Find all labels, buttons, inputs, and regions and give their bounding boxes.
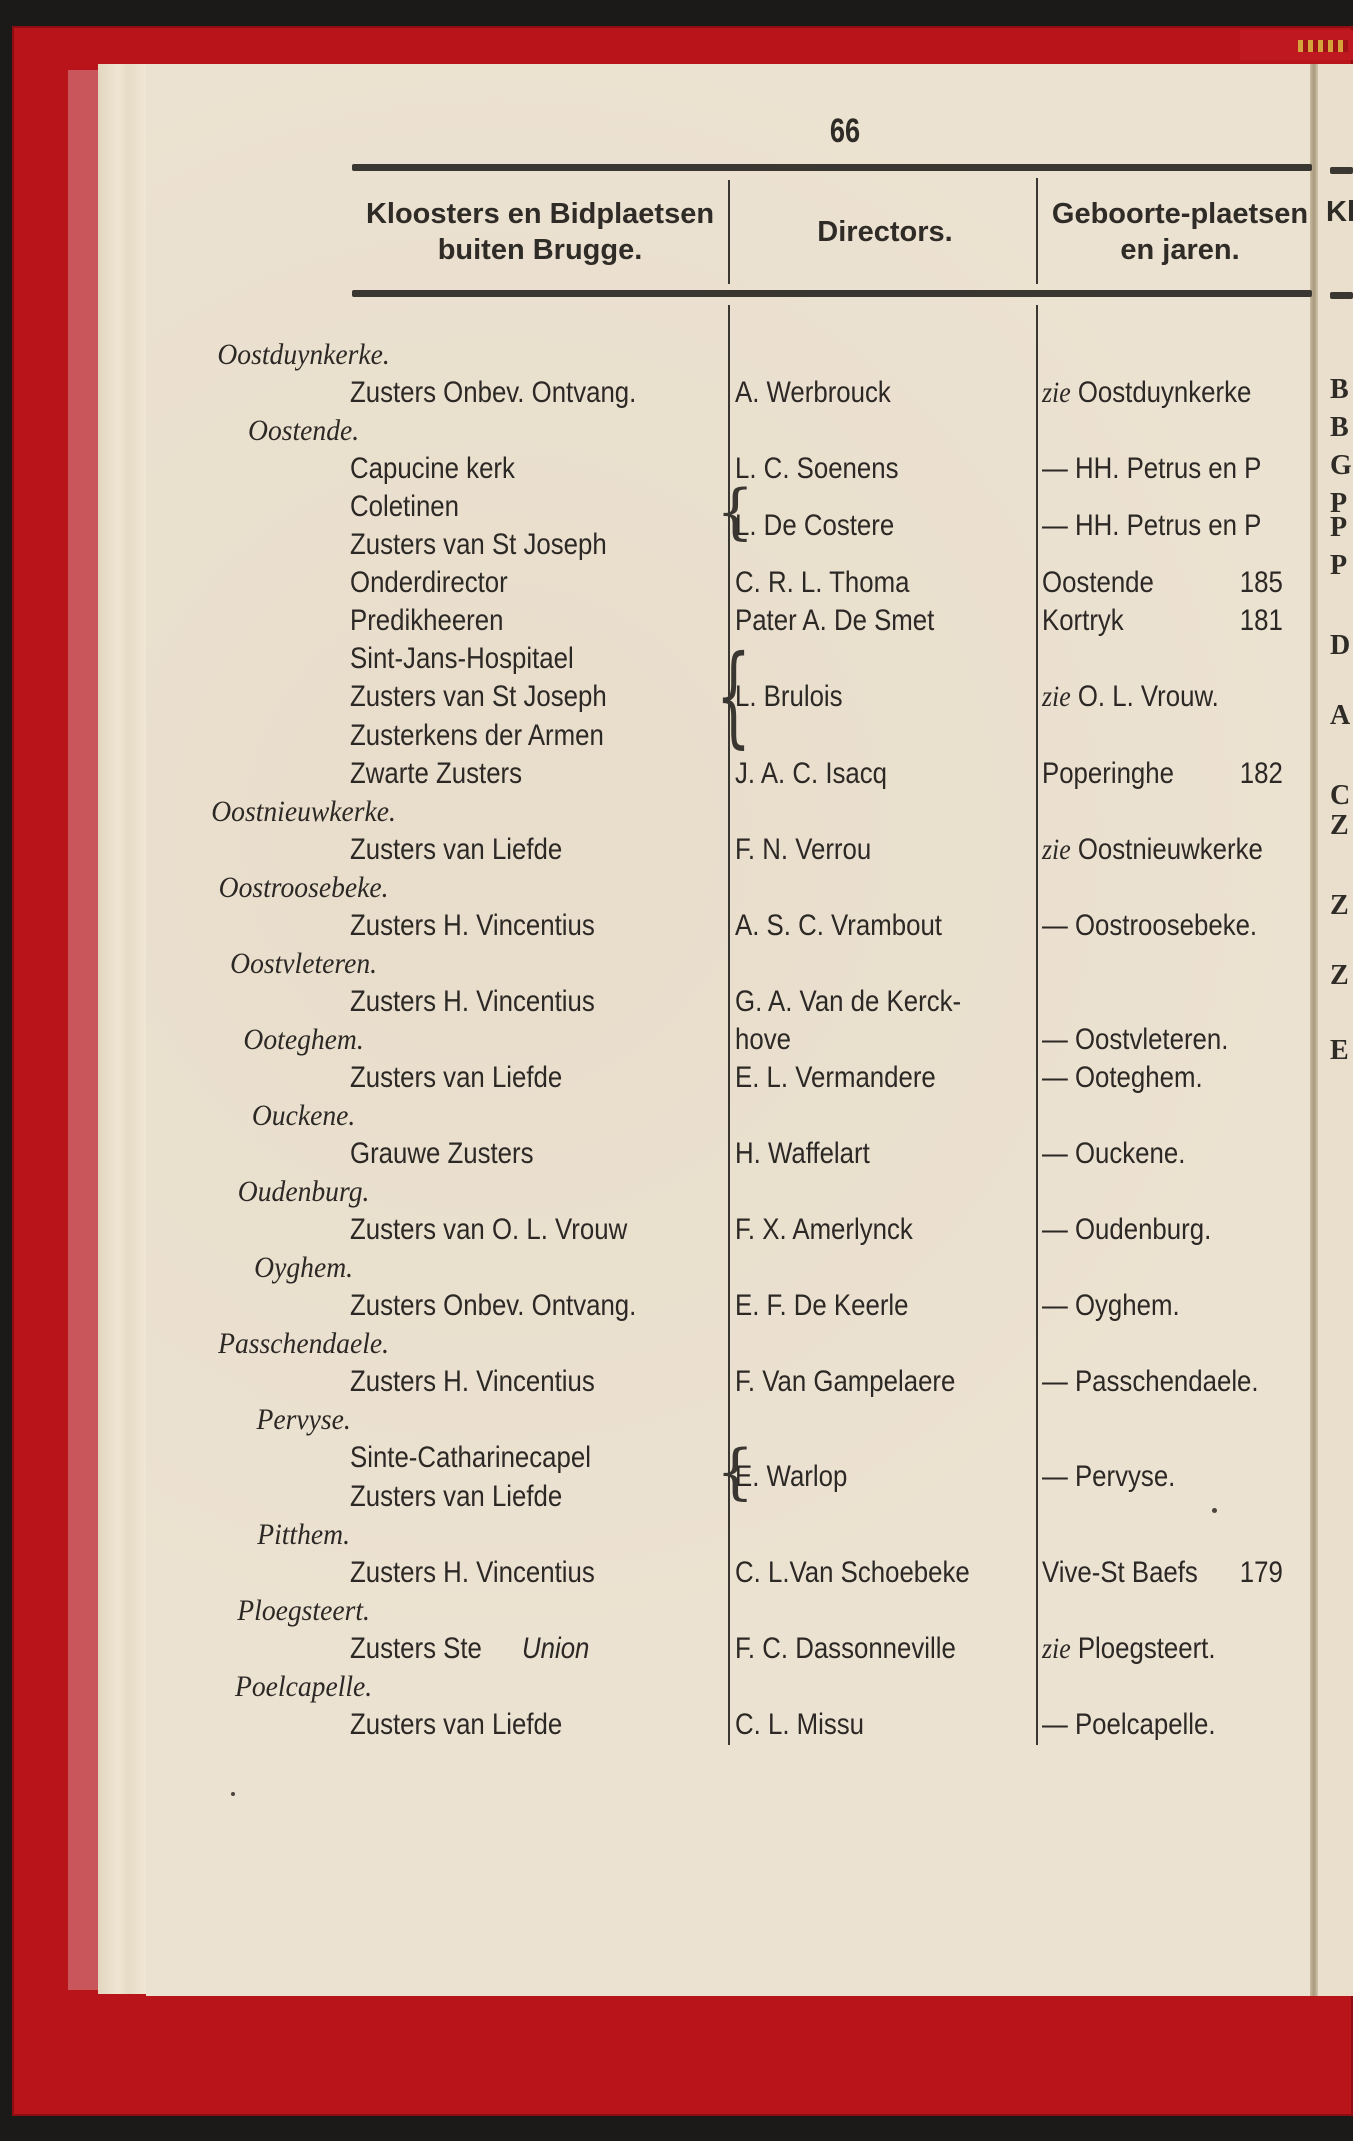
birth-year: 185	[1240, 564, 1283, 602]
table-row: Zusters van LiefdeC. L. Missu— Poelcapel…	[0, 1706, 1353, 1744]
place-heading-row: Passchendaele.	[0, 1325, 1353, 1363]
director-name: A. S. C. Vrambout	[735, 907, 942, 945]
headband	[1240, 30, 1353, 60]
institution-name: Zusters Ste	[350, 1630, 482, 1668]
header-line: en jaren.	[1040, 232, 1320, 268]
director-name: G. A. Van de Kerck-	[735, 983, 961, 1021]
table-row: Zusters Onbev. Ontvang.E. F. De Keerle— …	[0, 1287, 1353, 1325]
birthplace-cell: — Oyghem.	[1040, 1287, 1310, 1325]
birthplace: Poperinghe182	[1042, 755, 1174, 793]
birthplace: zie Ploegsteert.	[1042, 1630, 1216, 1668]
birthplace: — Oostvleteren.	[1042, 1021, 1228, 1059]
director-name: H. Waffelart	[735, 1135, 870, 1173]
birthplace-text: O. L. Vrouw.	[1078, 680, 1219, 713]
birthplace-text: Oostnieuwkerke	[1078, 833, 1263, 866]
institution-name: Zusters H. Vincentius	[350, 907, 595, 945]
table-row: Sint-Jans-Hospitael	[0, 640, 1353, 678]
place-name: Pitthem.	[0, 1516, 607, 1554]
director-name: C. L. Missu	[735, 1706, 864, 1744]
next-page-header-fragment: Kl	[1326, 196, 1353, 229]
birthplace-cell: — Passchendaele.	[1040, 1363, 1310, 1401]
birthplace: — Poelcapelle.	[1042, 1706, 1216, 1744]
birthplace: — Passchendaele.	[1042, 1363, 1259, 1401]
institution-name-italic: Union	[522, 1630, 589, 1668]
institution-name: Zwarte Zusters	[350, 755, 522, 793]
birth-year: 181	[1240, 602, 1283, 640]
birthplace-cell: zie Oostnieuwkerke	[1040, 831, 1310, 869]
institution-name: Zusters van Liefde	[350, 831, 562, 869]
table-row: Zusters van LiefdeE. L. Vermandere— Oote…	[0, 1059, 1353, 1097]
place-heading-row: Oostende.	[0, 412, 1353, 450]
birthplace-cell: — Poelcapelle.	[1040, 1706, 1310, 1744]
institution-name: Grauwe Zusters	[350, 1135, 534, 1173]
bracketed-director-row: L. Bruloiszie O. L. Vrouw.	[0, 678, 1353, 716]
institution-name: Zusters H. Vincentius	[350, 1363, 595, 1401]
birthplace-text: — Passchendaele.	[1042, 1365, 1259, 1398]
place-name: Oyghem.	[0, 1249, 607, 1287]
director-name: F. X. Amerlynck	[735, 1211, 913, 1249]
birthplace-text: — Oostroosebeke.	[1042, 909, 1257, 942]
birth-year: 182	[1240, 755, 1283, 793]
director-name: L. C. Soenens	[735, 450, 899, 488]
birthplace-text: Ploegsteert.	[1078, 1632, 1216, 1665]
see-prefix: zie	[1042, 833, 1071, 866]
birthplace-cell: zie Ploegsteert.	[1040, 1630, 1310, 1668]
table-row: Zusterkens der Armen	[0, 717, 1353, 755]
header-line: Kloosters en Bidplaetsen	[350, 196, 730, 232]
birthplace-cell: zie O. L. Vrouw.	[1040, 678, 1310, 716]
institution-name: Zusters Onbev. Ontvang.	[350, 1287, 636, 1325]
birthplace-cell: Poperinghe182	[1040, 755, 1310, 793]
birth-year: 179	[1240, 1554, 1283, 1592]
header-line: Geboorte-plaetsen	[1040, 196, 1320, 232]
birthplace-cell: Vive-St Baefs179	[1040, 1554, 1310, 1592]
place-heading-row: Oostnieuwkerke.	[0, 793, 1353, 831]
birthplace: — Oostroosebeke.	[1042, 907, 1257, 945]
headband-knot	[1298, 40, 1348, 52]
birthplace-cell: — Oostroosebeke.	[1040, 907, 1310, 945]
director-name: E. F. De Keerle	[735, 1287, 909, 1325]
table-row: PredikheerenPater A. De SmetKortryk181	[0, 602, 1353, 640]
next-page-letter: P	[1330, 550, 1347, 582]
institution-name: Zusters H. Vincentius	[350, 983, 595, 1021]
birthplace: zie Oostnieuwkerke	[1042, 831, 1263, 869]
place-heading-row: Oyghem.	[0, 1249, 1353, 1287]
see-prefix: zie	[1042, 376, 1071, 409]
director-name: F. N. Verrou	[735, 831, 871, 869]
birthplace: — HH. Petrus en P	[1042, 450, 1261, 488]
table-row: Zusters H. VincentiusC. L.Van SchoebekeV…	[0, 1554, 1353, 1592]
place-name: Passchendaele.	[0, 1325, 607, 1363]
birthplace-text: Poperinghe	[1042, 757, 1174, 790]
director-name: J. A. C. Isacq	[735, 755, 887, 793]
institution-name: Sint-Jans-Hospitael	[350, 640, 574, 678]
ink-speck	[1212, 1508, 1217, 1513]
next-page-letter: B	[1330, 412, 1349, 444]
birthplace-cell: — Oudenburg.	[1040, 1211, 1310, 1249]
birthplace-text: — HH. Petrus en P	[1042, 509, 1261, 542]
place-name: Ouckene.	[0, 1097, 607, 1135]
institution-name: Zusters H. Vincentius	[350, 1554, 595, 1592]
next-page-letter: P	[1330, 512, 1347, 544]
birthplace-cell: — Ooteghem.	[1040, 1059, 1310, 1097]
institution-name: Onderdirector	[350, 564, 508, 602]
institution-name: Zusters van Liefde	[350, 1706, 562, 1744]
birthplace-text: — Pervyse.	[1042, 1460, 1175, 1493]
birthplace: — Oudenburg.	[1042, 1211, 1211, 1249]
birthplace-text: — Ooteghem.	[1042, 1061, 1203, 1094]
place-name: Poelcapelle.	[0, 1668, 607, 1706]
birthplace-text: Vive-St Baefs	[1042, 1556, 1198, 1589]
place-heading-row: Oostvleteren.	[0, 945, 1353, 983]
brace: {	[716, 1442, 754, 1502]
place-name: Oudenburg.	[0, 1173, 607, 1211]
director-name: F. Van Gampelaere	[735, 1363, 955, 1401]
place-heading-row: Oostroosebeke.	[0, 869, 1353, 907]
birthplace-text: — Ouckene.	[1042, 1137, 1185, 1170]
birthplace-cell: Kortryk181	[1040, 602, 1310, 640]
place-heading-row: Oudenburg.	[0, 1173, 1353, 1211]
birthplace-cell: Oostende185	[1040, 564, 1310, 602]
birthplace: — HH. Petrus en P	[1042, 507, 1261, 545]
brace: {	[716, 640, 751, 750]
birthplace-cell: — Oostvleteren.	[1040, 1021, 1310, 1059]
bracketed-director-row: L. De Costere— HH. Petrus en P	[0, 507, 1353, 545]
table-row: Zusters van O. L. VrouwF. X. Amerlynck— …	[0, 1211, 1353, 1249]
birthplace: Vive-St Baefs179	[1042, 1554, 1198, 1592]
birthplace: — Pervyse.	[1042, 1458, 1175, 1496]
birthplace: — Ouckene.	[1042, 1135, 1185, 1173]
table-row: Zusters H. VincentiusF. Van Gampelaere— …	[0, 1363, 1353, 1401]
page-number: 66	[809, 112, 881, 151]
birthplace-cell: — HH. Petrus en P	[1040, 450, 1310, 488]
next-page-letter: A	[1330, 700, 1350, 732]
birthplace-text: — Oudenburg.	[1042, 1213, 1211, 1246]
column-header-kloosters: Kloosters en Bidplaetsen buiten Brugge.	[350, 196, 730, 268]
see-prefix: zie	[1042, 680, 1071, 713]
birthplace-text: — Oostvleteren.	[1042, 1023, 1228, 1056]
birthplace: zie O. L. Vrouw.	[1042, 678, 1219, 716]
see-prefix: zie	[1042, 1632, 1071, 1665]
bracketed-director-row: E. Warlop— Pervyse.	[0, 1458, 1353, 1496]
header-line: Directors.	[732, 214, 1038, 250]
director-name: L. Brulois	[735, 678, 843, 716]
header-line: buiten Brugge.	[350, 232, 730, 268]
birthplace-text: — HH. Petrus en P	[1042, 452, 1261, 485]
table-row: Zusters H. VincentiusG. A. Van de Kerck-	[0, 983, 1353, 1021]
birthplace: Kortryk181	[1042, 602, 1124, 640]
table-row: Zwarte ZustersJ. A. C. IsacqPoperinghe18…	[0, 755, 1353, 793]
director-name: C. L.Van Schoebeke	[735, 1554, 970, 1592]
place-name: Oostvleteren.	[0, 945, 607, 983]
place-name: Pervyse.	[0, 1401, 607, 1439]
place-heading-row: Ooteghem.hove— Oostvleteren.	[0, 1021, 1353, 1059]
birthplace: zie Oostduynkerke	[1042, 374, 1251, 412]
institution-name: Zusters van O. L. Vrouw	[350, 1211, 627, 1249]
birthplace-text: — Oyghem.	[1042, 1289, 1180, 1322]
birthplace: — Ooteghem.	[1042, 1059, 1203, 1097]
next-page-rule	[1330, 167, 1353, 174]
table-row: OnderdirectorC. R. L. ThomaOostende185	[0, 564, 1353, 602]
place-heading-row: Oostduynkerke.	[0, 336, 1353, 374]
director-name: L. De Costere	[735, 507, 894, 545]
place-name: Ploegsteert.	[0, 1592, 607, 1630]
table-row: Zusters Onbev. Ontvang.A. Werbrouckzie O…	[0, 374, 1353, 412]
next-page-letter: Z	[1330, 960, 1349, 992]
director-name: C. R. L. Thoma	[735, 564, 909, 602]
institution-name: Predikheeren	[350, 602, 503, 640]
director-name: A. Werbrouck	[735, 374, 891, 412]
next-page-letter: D	[1330, 630, 1350, 662]
birthplace: Oostende185	[1042, 564, 1154, 602]
place-heading-row: Poelcapelle.	[0, 1668, 1353, 1706]
institution-name: Zusterkens der Armen	[350, 717, 604, 755]
top-rule	[352, 164, 1312, 171]
institution-name: Zusters Onbev. Ontvang.	[350, 374, 636, 412]
director-name: Pater A. De Smet	[735, 602, 934, 640]
next-page-letter: E	[1330, 1035, 1349, 1067]
birthplace-text: Oostduynkerke	[1078, 376, 1252, 409]
birthplace: — Oyghem.	[1042, 1287, 1180, 1325]
director-name: F. C. Dassonneville	[735, 1630, 956, 1668]
birthplace-text: Kortryk	[1042, 604, 1124, 637]
birthplace-cell: — HH. Petrus en P	[1040, 507, 1310, 545]
place-name: Oostende.	[0, 412, 607, 450]
place-heading-row: Ploegsteert.	[0, 1592, 1353, 1630]
ink-speck	[231, 1792, 235, 1796]
header-rule	[352, 290, 1312, 297]
institution-name: Capucine kerk	[350, 450, 515, 488]
place-name: Oostnieuwkerke.	[0, 793, 607, 831]
column-header-geboorte: Geboorte-plaetsen en jaren.	[1040, 196, 1320, 268]
place-name: Ooteghem.	[0, 1021, 607, 1059]
next-page-letter: G	[1330, 450, 1352, 482]
place-name: Oostroosebeke.	[0, 869, 607, 907]
place-heading-row: Pervyse.	[0, 1401, 1353, 1439]
director-name: hove	[735, 1021, 791, 1059]
table-row: Zusters SteUnionF. C. Dassonnevillezie P…	[0, 1630, 1353, 1668]
next-page-letter: C	[1330, 780, 1350, 812]
next-page-rule	[1330, 292, 1353, 299]
next-page-letter: B	[1330, 374, 1349, 406]
table-row: Zusters van LiefdeF. N. Verrouzie Oostni…	[0, 831, 1353, 869]
birthplace-cell: zie Oostduynkerke	[1040, 374, 1310, 412]
director-name: E. L. Vermandere	[735, 1059, 936, 1097]
table-row: Zusters H. VincentiusA. S. C. Vrambout— …	[0, 907, 1353, 945]
place-heading-row: Ouckene.	[0, 1097, 1353, 1135]
birthplace-cell: — Pervyse.	[1040, 1458, 1310, 1496]
institution-name: Zusters van Liefde	[350, 1059, 562, 1097]
next-page-letter: Z	[1330, 890, 1349, 922]
table-row: Capucine kerkL. C. Soenens— HH. Petrus e…	[0, 450, 1353, 488]
place-heading-row: Pitthem.	[0, 1516, 1353, 1554]
column-header-directors: Directors.	[732, 214, 1038, 250]
birthplace-cell: — Ouckene.	[1040, 1135, 1310, 1173]
birthplace-text: — Poelcapelle.	[1042, 1708, 1216, 1741]
next-page-letter: Z	[1330, 810, 1349, 842]
brace: {	[716, 482, 754, 542]
place-name: Oostduynkerke.	[0, 336, 607, 374]
birthplace-text: Oostende	[1042, 566, 1154, 599]
table-row: Grauwe ZustersH. Waffelart— Ouckene.	[0, 1135, 1353, 1173]
